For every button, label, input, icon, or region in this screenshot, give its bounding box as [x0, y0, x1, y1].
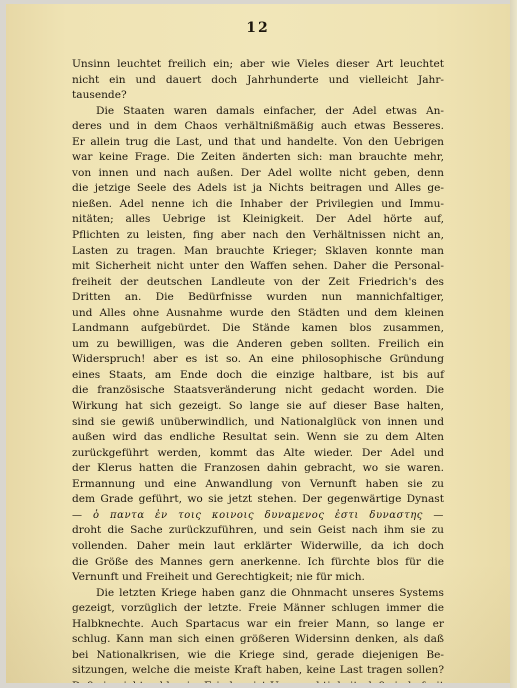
text-line: um zu bewilligen, was die Anderen geben …	[72, 337, 444, 353]
page-edge-strip	[510, 0, 517, 688]
text-line: nicht ein und dauert doch Jahrhunderte u…	[72, 73, 444, 89]
text-line: Er allein trug die Last, und that und ha…	[72, 135, 444, 151]
text-line: außen wird das endliche Resultat sein. W…	[72, 430, 444, 446]
text-line: zurückgeführt werden, kommt das Alte wie…	[72, 446, 444, 462]
text-line: nießen. Adel nenne ich die Inhaber der P…	[72, 197, 444, 213]
book-page: 12 Unsinn leuchtet freilich ein; aber wi…	[6, 4, 510, 683]
body-text: Unsinn leuchtet freilich ein; aber wie V…	[72, 57, 444, 683]
greek-quotation-line: — ὁ παντα ἐν τοις κοινοις δυναμενος ἐστι…	[72, 508, 444, 524]
text-line: Widerspruch! aber es ist so. An eine phi…	[72, 352, 444, 368]
text-line: Vernunft und Freiheit und Gerechtigkeit;…	[72, 570, 444, 586]
text-line: eines Staats, am Ende doch die einzige h…	[72, 368, 444, 384]
text-line: Wirkung hat sich gezeigt. So lange sie a…	[72, 399, 444, 415]
text-line: die französische Staatsveränderung nicht…	[72, 383, 444, 399]
text-line: Unsinn leuchtet freilich ein; aber wie V…	[72, 57, 444, 73]
text-line: Lasten zu tragen. Man brauchte Krieger; …	[72, 244, 444, 260]
text-line: sitzungen, welche die meiste Kraft haben…	[72, 663, 444, 679]
text-line: Ermannung und eine Anwandlung von Vernun…	[72, 477, 444, 493]
page-number: 12	[6, 20, 510, 36]
text-line: schlug. Kann man sich einen größeren Wid…	[72, 632, 444, 648]
text-line: Landmann aufgebürdet. Die Stände kamen b…	[72, 321, 444, 337]
text-line: bei Nationalkrisen, wie die Kriege sind,…	[72, 648, 444, 664]
text-line: droht die Sache zurückzuführen, und sein…	[72, 523, 444, 539]
text-line: vollenden. Daher mein laut erklärter Wid…	[72, 539, 444, 555]
text-line: von innen und nach außen. Der Adel wollt…	[72, 166, 444, 182]
text-line: Die letzten Kriege haben ganz die Ohnmac…	[72, 586, 444, 602]
text-line: gezeigt, vorzüglich der letzte. Freie Mä…	[72, 601, 444, 617]
text-line: war keine Frage. Die Zeiten änderten sic…	[72, 150, 444, 166]
text-line: Daß sie nicht zahlen im Frieden, ist Ung…	[72, 679, 444, 683]
text-line: nitäten; alles Uebrige ist Kleinigkeit. …	[72, 212, 444, 228]
text-line: der Klerus hatten die Franzosen dahin ge…	[72, 461, 444, 477]
text-line: sind sie gewiß unüberwindlich, und Natio…	[72, 415, 444, 431]
text-line: dem Grade geführt, wo sie jetzt stehen. …	[72, 492, 444, 508]
text-line: Die Staaten waren damals einfacher, der …	[72, 104, 444, 120]
text-line: deres und in dem Chaos verhältnißmäßig a…	[72, 119, 444, 135]
text-line: die Größe des Mannes gern anerkenne. Ich…	[72, 555, 444, 571]
text-line: tausende?	[72, 88, 444, 104]
text-line: mit Sicherheit nicht unter den Waffen se…	[72, 259, 444, 275]
text-line: die jetzige Seele des Adels ist ja Nicht…	[72, 181, 444, 197]
text-line: Pflichten zu leisten, fing aber nach den…	[72, 228, 444, 244]
text-line: Halbknechte. Auch Spartacus war ein frei…	[72, 617, 444, 633]
text-line: Dritten an. Die Bedürfnisse wurden nun m…	[72, 290, 444, 306]
text-line: freiheit der deutschen Landleute von der…	[72, 275, 444, 291]
text-line: und Alles ohne Ausnahme wurde den Städte…	[72, 306, 444, 322]
